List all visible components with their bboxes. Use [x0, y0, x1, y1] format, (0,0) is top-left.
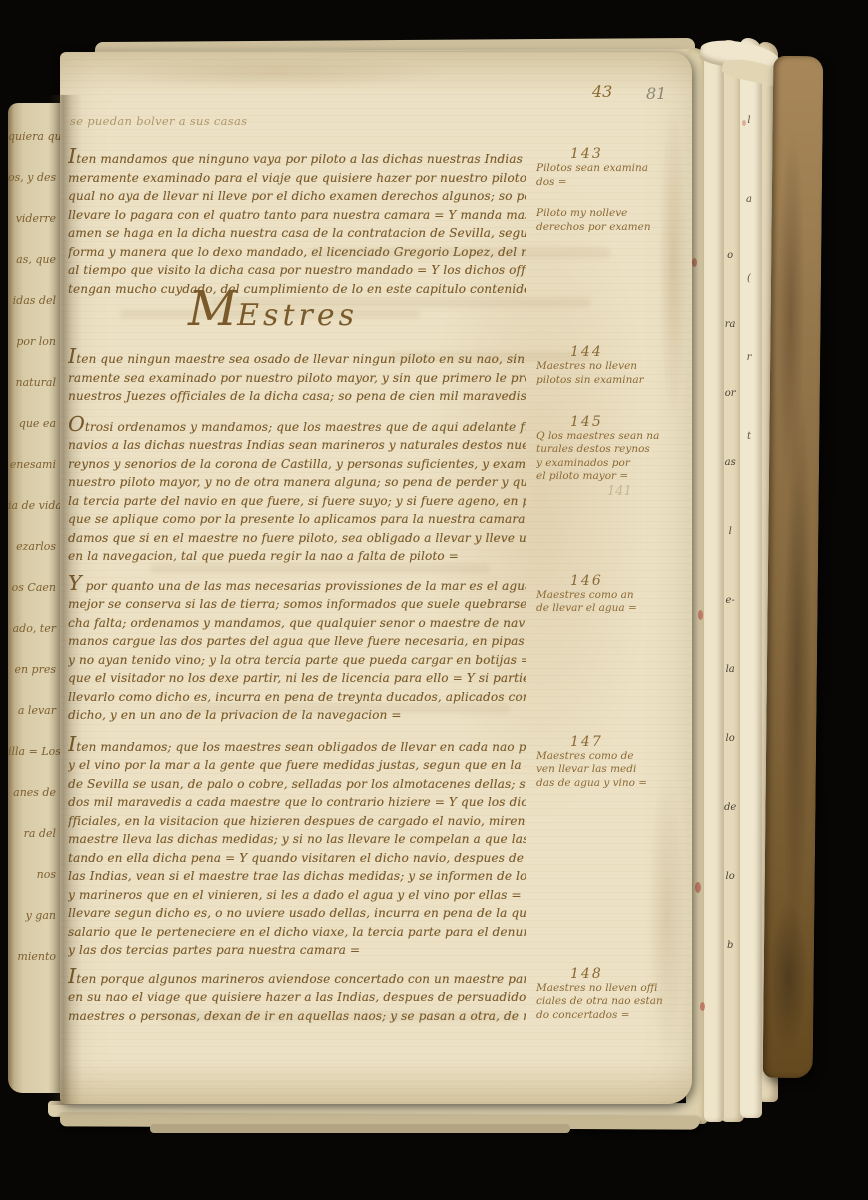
gutter-shadow: [48, 95, 82, 1105]
fore-edge-letter: o: [724, 250, 736, 261]
margin-number: 144: [536, 344, 688, 360]
fore-edge-letter: l: [746, 115, 752, 126]
fore-edge-letter: or: [724, 388, 736, 399]
red-stain: [698, 610, 703, 620]
heading-rest: Estres: [237, 298, 358, 333]
red-stain: [692, 258, 697, 267]
margin-note-line: Maestres no lleven offi: [536, 982, 688, 996]
margin-note-line: y examinados por: [536, 457, 688, 471]
ordinance-section: Iten mandamos; que los maestres sean obl…: [68, 734, 688, 960]
cover-board: [763, 56, 824, 1078]
fore-edge-page: [704, 44, 724, 1122]
paragraph-line: navios a las dichas nuestras Indias sean…: [68, 436, 526, 455]
margin-note: Piloto my nollevederechos por examen: [536, 207, 688, 234]
paragraph-line: Iten mandamos que ninguno vaya por pilot…: [68, 146, 526, 169]
section-heading-row: MEstres: [68, 298, 688, 344]
fore-edge-letter: r: [746, 352, 752, 363]
paragraph-line: nuestros Juezes officiales de la dicha c…: [68, 387, 526, 406]
paragraph-line: fficiales, en la visitacion que hizieren…: [68, 812, 526, 831]
paragraph-line: tando en ella dicha pena = Y quando visi…: [68, 849, 526, 868]
fore-edge-letter: lo: [724, 733, 736, 744]
margin-number: 143: [536, 146, 688, 162]
margin-note-column: 148Maestres no lleven officiales de otra…: [526, 966, 688, 1041]
paragraph: Iten mandamos que ninguno vaya por pilot…: [68, 146, 526, 298]
paragraph-line: llevarlo como dicho es, incurra en pena …: [68, 688, 526, 707]
margin-number: 148: [536, 966, 688, 982]
paragraph-line: ramente sea examinado por nuestro piloto…: [68, 369, 526, 388]
paragraph: Otrosi ordenamos y mandamos; que los mae…: [68, 414, 526, 566]
ordinance-section: Y por quanto una de las mas necesarias p…: [68, 573, 688, 725]
paragraph-line: Y por quanto una de las mas necesarias p…: [68, 573, 526, 596]
paragraph-line: maestre lleva las dichas medidas; y si n…: [68, 830, 526, 849]
margin-note-column: 147Maestres como deven llevar las medida…: [526, 734, 688, 809]
manuscript-photo: oraorasle-lalodelob la(rt quiera quos, y…: [0, 0, 868, 1200]
paragraph-line: salario que le perteneciere en el dicho …: [68, 923, 526, 942]
paragraph-line: al tiempo que visito la dicha casa por n…: [68, 261, 526, 280]
margin-note-line: Pilotos sean examina: [536, 162, 688, 176]
section-heading: MEstres: [188, 294, 358, 333]
margin-note-line: el piloto mayor =: [536, 470, 688, 484]
text-block: Iten mandamos que ninguno vaya por pilot…: [68, 140, 688, 1040]
margin-note-line: derechos por examen: [536, 221, 688, 235]
margin-note-line: das de agua y vino =: [536, 777, 688, 791]
paragraph: Iten que ningun maestre sea osado de lle…: [68, 346, 526, 406]
paragraph-line: dicho, y en un ano de la privacion de la…: [68, 706, 526, 725]
paragraph-line: y marineros que en el vinieren, si les a…: [68, 886, 526, 905]
margin-note-line: Maestres no lleven: [536, 360, 688, 374]
fore-edge-letter: e-: [724, 595, 736, 606]
paragraph-line: llevare lo pagara con el quatro tanto pa…: [68, 206, 526, 225]
margin-note-line: dos =: [536, 176, 688, 190]
fore-edge-letter: (: [746, 273, 752, 284]
paragraph-line: de Sevilla se usan, de palo o cobre, sel…: [68, 775, 526, 794]
margin-note: 147Maestres como deven llevar las medida…: [536, 734, 688, 791]
fore-edge-letter: b: [724, 940, 736, 951]
paragraph: Iten porque algunos marineros aviendose …: [68, 966, 526, 1026]
paragraph-line: y las dos tercias partes para nuestra ca…: [68, 941, 526, 960]
margin-note-line: Piloto my nolleve: [536, 207, 688, 221]
margin-note: 145Q los maestres sean naturales destos …: [536, 414, 688, 484]
margin-number: 147: [536, 734, 688, 750]
paragraph-line: reynos y senorios de la corona de Castil…: [68, 455, 526, 474]
paragraph-line: cha falta; ordenamos y mandamos, que qua…: [68, 614, 526, 633]
fore-edge-letter: ra: [724, 319, 736, 330]
margin-note-line: turales destos reynos: [536, 443, 688, 457]
paragraph-line: qual no aya de llevar ni lleve por el di…: [68, 187, 526, 206]
fore-edge-letter: la: [724, 664, 736, 675]
paragraph-line: y no ayan tenido vino; y la otra tercia …: [68, 651, 526, 670]
paragraph-line: manos cargue las dos partes del agua que…: [68, 632, 526, 651]
paragraph-line: que el visitador no los dexe partir, ni …: [68, 669, 526, 688]
margin-note: 144Maestres no llevenpilotos sin examina…: [536, 344, 688, 387]
margin-note-column: 144Maestres no llevenpilotos sin examina…: [526, 344, 688, 405]
margin-note-line: de llevar el agua =: [536, 602, 688, 616]
bottom-page-edge: [150, 1124, 570, 1133]
margin-note-line: do concertados =: [536, 1009, 688, 1023]
paragraph-line: y el vino por la mar a la gente que fuer…: [68, 756, 526, 775]
fore-edge-letter: de: [724, 802, 736, 813]
margin-note-column: 146Maestres como ande llevar el agua =: [526, 573, 688, 634]
paragraph-line: Iten porque algunos marineros aviendose …: [68, 966, 526, 989]
ordinance-section: Iten porque algunos marineros aviendose …: [68, 966, 688, 1041]
margin-note-line: Maestres como an: [536, 589, 688, 603]
margin-note: 143Pilotos sean examinados =: [536, 146, 688, 189]
margin-number: 146: [536, 573, 688, 589]
paragraph-line: forma y manera que lo dexo mandado, el l…: [68, 243, 526, 262]
margin-number: 145: [536, 414, 688, 430]
catch-line: se puedan bolver a sus casas: [70, 114, 247, 128]
ordinance-section: Iten mandamos que ninguno vaya por pilot…: [68, 146, 688, 298]
fore-edge-letter: t: [746, 431, 752, 442]
heading-initial: M: [188, 281, 237, 337]
margin-note-column: 143Pilotos sean examinados =Piloto my no…: [526, 146, 688, 252]
paragraph-line: en la navegacion, tal que pueda regir la…: [68, 547, 526, 566]
ordinance-section: Iten que ningun maestre sea osado de lle…: [68, 344, 688, 406]
margin-note-line: ciales de otra nao estan: [536, 995, 688, 1009]
margin-note-line: ven llevar las medi: [536, 763, 688, 777]
margin-note: 146Maestres como ande llevar el agua =: [536, 573, 688, 616]
paragraph: Y por quanto una de las mas necesarias p…: [68, 573, 526, 725]
paragraph-line: maestres o personas, dexan de ir en aque…: [68, 1007, 526, 1026]
ordinance-section: Otrosi ordenamos y mandamos; que los mae…: [68, 414, 688, 566]
margin-note-column: 145Q los maestres sean naturales destos …: [526, 414, 688, 502]
paragraph: Iten mandamos; que los maestres sean obl…: [68, 734, 526, 960]
manuscript-page: 43 81 se puedan bolver a sus casas 141 I…: [60, 52, 692, 1104]
paragraph-line: llevare segun dicho es, o no uviere usad…: [68, 904, 526, 923]
folio-number-pencil: 81: [646, 84, 666, 103]
paragraph-line: nuestro piloto mayor, y no de otra maner…: [68, 473, 526, 492]
margin-note-line: Maestres como de: [536, 750, 688, 764]
margin-note-line: pilotos sin examinar: [536, 374, 688, 388]
red-stain: [695, 882, 701, 893]
margin-note-line: Q los maestres sean na: [536, 430, 688, 444]
paragraph-line: que se aplique como por la presente lo a…: [68, 510, 526, 529]
fore-edge-letter: lo: [724, 871, 736, 882]
margin-note: 148Maestres no lleven officiales de otra…: [536, 966, 688, 1023]
paragraph-line: la tercia parte del navio en que fuere, …: [68, 492, 526, 511]
fore-edge-writing: oraorasle-lalodelob: [724, 250, 736, 1009]
paragraph-line: mejor se conserva si las de tierra; somo…: [68, 595, 526, 614]
red-stain: [700, 1002, 705, 1011]
fore-edge-writing: la(rt: [746, 115, 752, 510]
paragraph-line: en su nao el viage que quisiere hazer a …: [68, 988, 526, 1007]
paragraph-line: Iten que ningun maestre sea osado de lle…: [68, 346, 526, 369]
paragraph-line: amen se haga en la dicha nuestra casa de…: [68, 224, 526, 243]
fore-edge-letter: a: [746, 194, 752, 205]
paragraph-line: meramente examinado para el viaje que qu…: [68, 169, 526, 188]
folio-number-ink: 43: [592, 82, 612, 101]
paragraph-line: las Indias, vean si el maestre trae las …: [68, 867, 526, 886]
paragraph-line: Otrosi ordenamos y mandamos; que los mae…: [68, 414, 526, 437]
paragraph-line: Iten mandamos; que los maestres sean obl…: [68, 734, 526, 757]
paragraph-line: damos que si en el maestre no fuere pilo…: [68, 529, 526, 548]
fore-edge-letter: l: [724, 526, 736, 537]
fore-edge-letter: as: [724, 457, 736, 468]
paragraph-line: dos mil maravedis a cada maestre que lo …: [68, 793, 526, 812]
